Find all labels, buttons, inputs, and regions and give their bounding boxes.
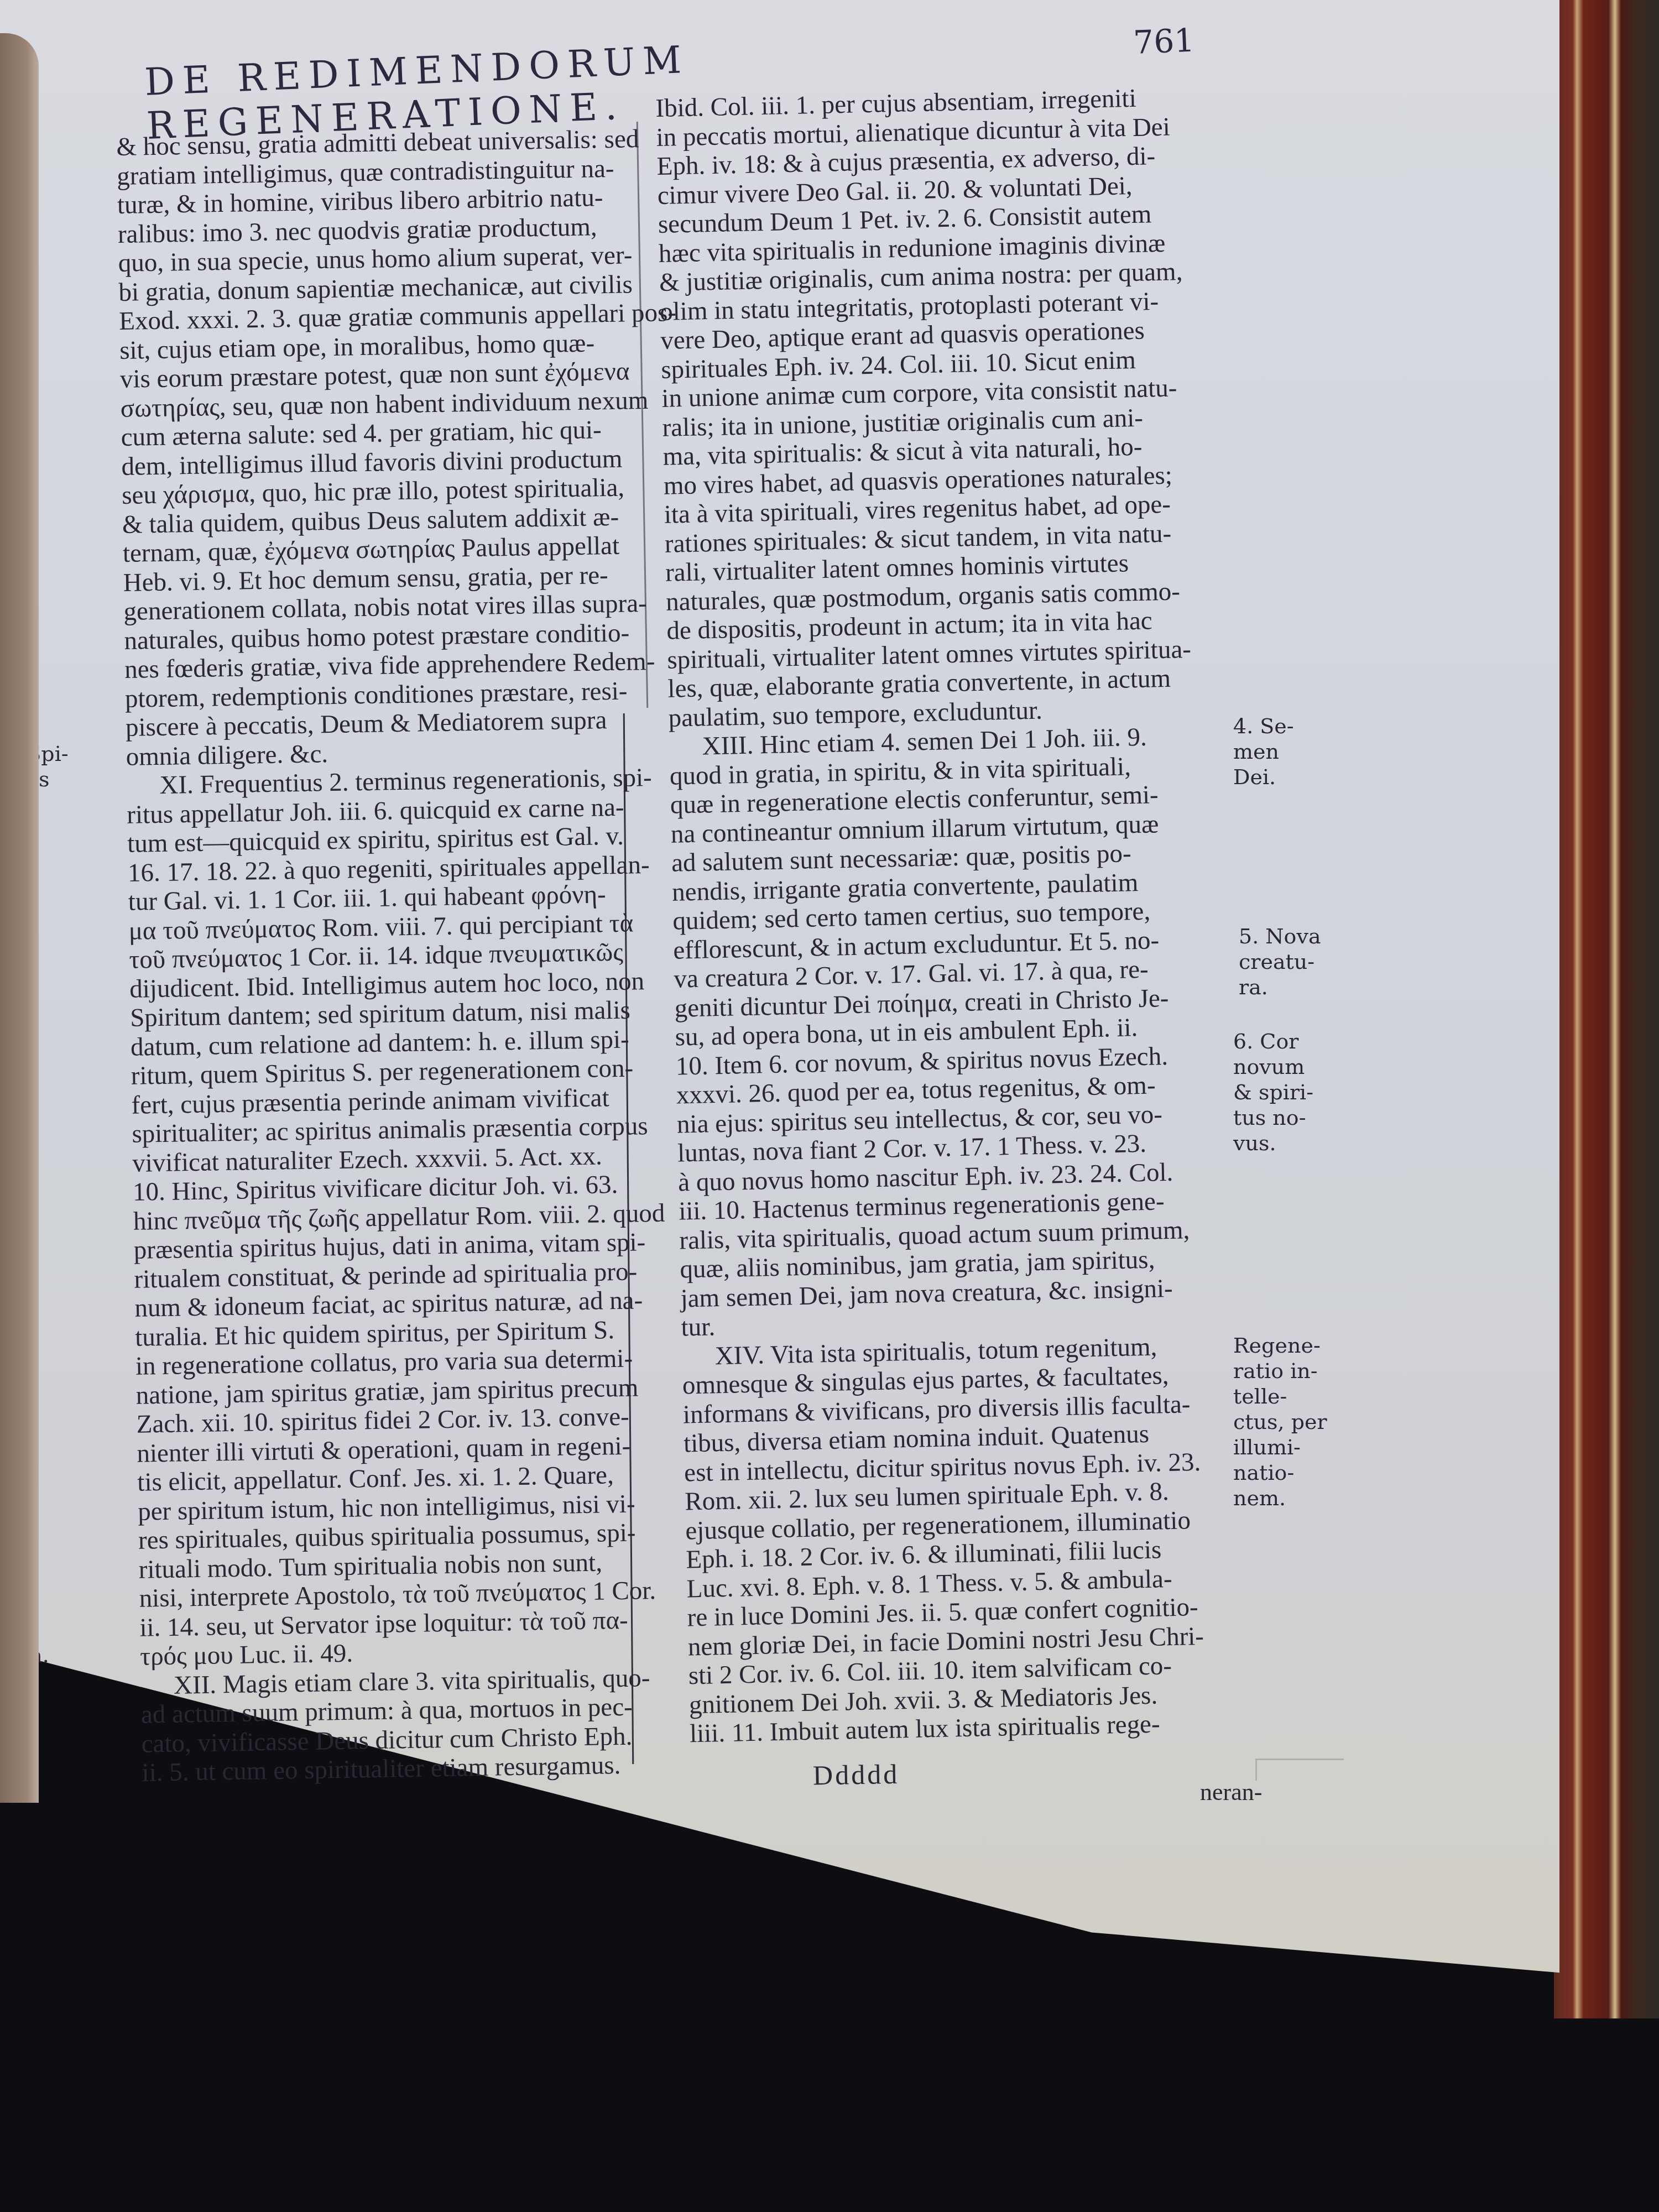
margin-note-semen-dei: 4. Se- men Dei.: [1233, 713, 1294, 790]
margin-note-nova-creatura: 5. Nova creatu- ra.: [1239, 924, 1321, 1000]
paragraph-xi: XI. Frequentius 2. terminus regeneration…: [126, 763, 649, 1671]
book-edge-gilt: [1554, 0, 1659, 2018]
paragraph-xiii: XIII. Hinc etiam 4. semen Dei 1 Joh. iii…: [669, 721, 1251, 1342]
margin-note-regeneratio: Regene- ratio in- telle- ctus, per illum…: [1233, 1333, 1327, 1511]
left-column: & hoc sensu, gratia admitti debeat unive…: [116, 125, 651, 1788]
page-number: 761: [1133, 21, 1195, 61]
margin-note-cor-novum: 6. Cor novum & spiri- tus no- vus.: [1233, 1029, 1313, 1156]
paragraph-xii: XII. Magis etiam clare 3. vita spiritual…: [140, 1663, 651, 1787]
paragraph-continuation: Ibid. Col. iii. 1. per cujus absentiam, …: [655, 82, 1238, 732]
thumb-holding-page: [0, 33, 39, 1803]
paragraph-continuation: & hoc sensu, gratia admitti debeat unive…: [116, 125, 635, 771]
catchword: neran-: [1200, 1778, 1262, 1806]
paragraph-xiv: XIV. Vita ista spiritualis, totum regeni…: [681, 1330, 1259, 1748]
book-photo: DE REDIMENDORUM REGENERATIONE. 761 & hoc…: [0, 0, 1659, 2212]
pencil-mark: [1255, 1759, 1344, 1781]
signature-mark: Ddddd: [813, 1758, 900, 1792]
right-column: Ibid. Col. iii. 1. per cujus absentiam, …: [655, 82, 1259, 1748]
